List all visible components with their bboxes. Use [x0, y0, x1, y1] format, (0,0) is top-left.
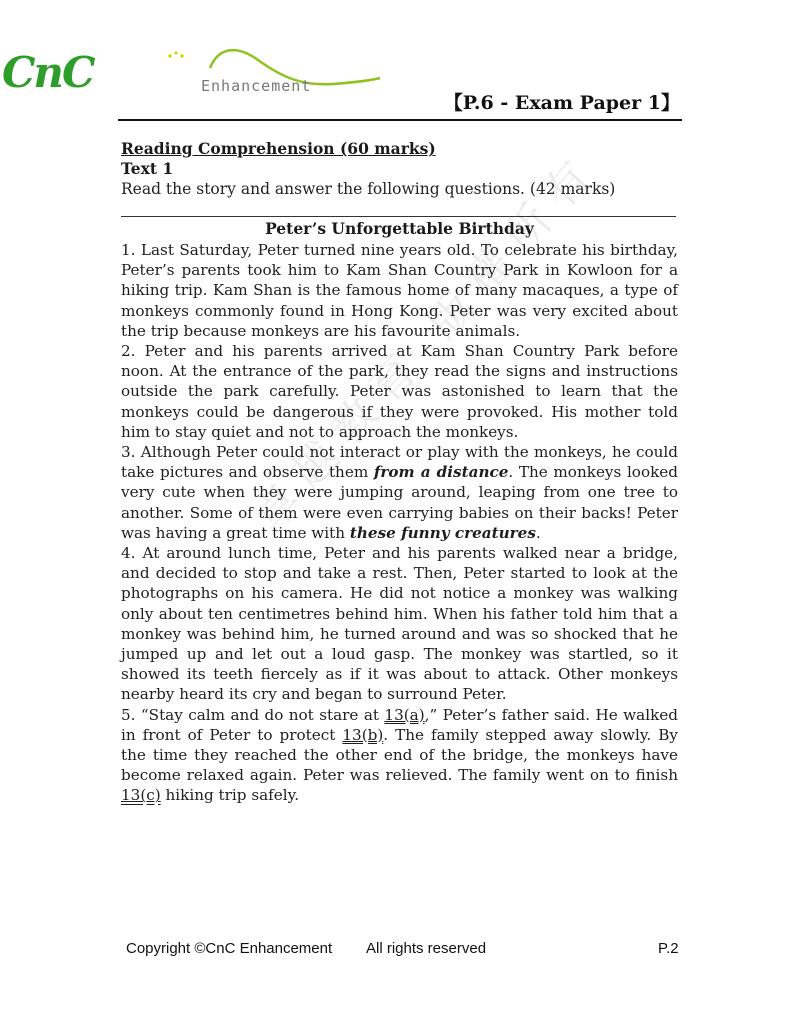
answer-blank-13a: 13(a)	[384, 706, 424, 724]
section-divider	[121, 216, 676, 217]
highlighted-phrase: these funny creatures	[350, 524, 536, 542]
highlighted-phrase: from a distance	[374, 463, 509, 481]
answer-blank-13c: 13(c)	[121, 786, 161, 804]
instruction: Read the story and answer the following …	[121, 179, 615, 199]
answer-blank-13b: 13(b)	[342, 726, 383, 744]
footer-copyright: Copyright ©CnC Enhancement	[126, 940, 332, 957]
paragraph-2: 2. Peter and his parents arrived at Kam …	[121, 341, 678, 442]
paragraph-4: 4. At around lunch time, Peter and his p…	[121, 543, 678, 705]
text-label: Text 1	[121, 159, 173, 179]
paragraph-5-text: 5. “Stay calm and do not stare at	[121, 706, 384, 724]
exam-page: CnC Enhancement 【P.6 - Exam Paper 1】 Rea…	[0, 0, 800, 1011]
header-divider	[118, 119, 682, 121]
section-title: Reading Comprehension (60 marks)	[121, 139, 436, 159]
paragraph-3-text: .	[536, 524, 541, 542]
logo-text: CnC	[2, 52, 93, 94]
footer-rights: All rights reserved	[366, 940, 486, 957]
paragraph-3: 3. Although Peter could not interact or …	[121, 442, 678, 543]
page-number: P.2	[658, 940, 679, 957]
paper-tag: 【P.6 - Exam Paper 1】	[444, 88, 680, 115]
paragraph-1: 1. Last Saturday, Peter turned nine year…	[121, 240, 678, 341]
story-body: 1. Last Saturday, Peter turned nine year…	[121, 240, 678, 806]
paragraph-5: 5. “Stay calm and do not stare at 13(a),…	[121, 705, 678, 806]
paragraph-5-text: hiking trip safely.	[161, 786, 299, 804]
logo-subtext: Enhancement	[201, 77, 311, 95]
story-title: Peter’s Unforgettable Birthday	[121, 219, 678, 239]
